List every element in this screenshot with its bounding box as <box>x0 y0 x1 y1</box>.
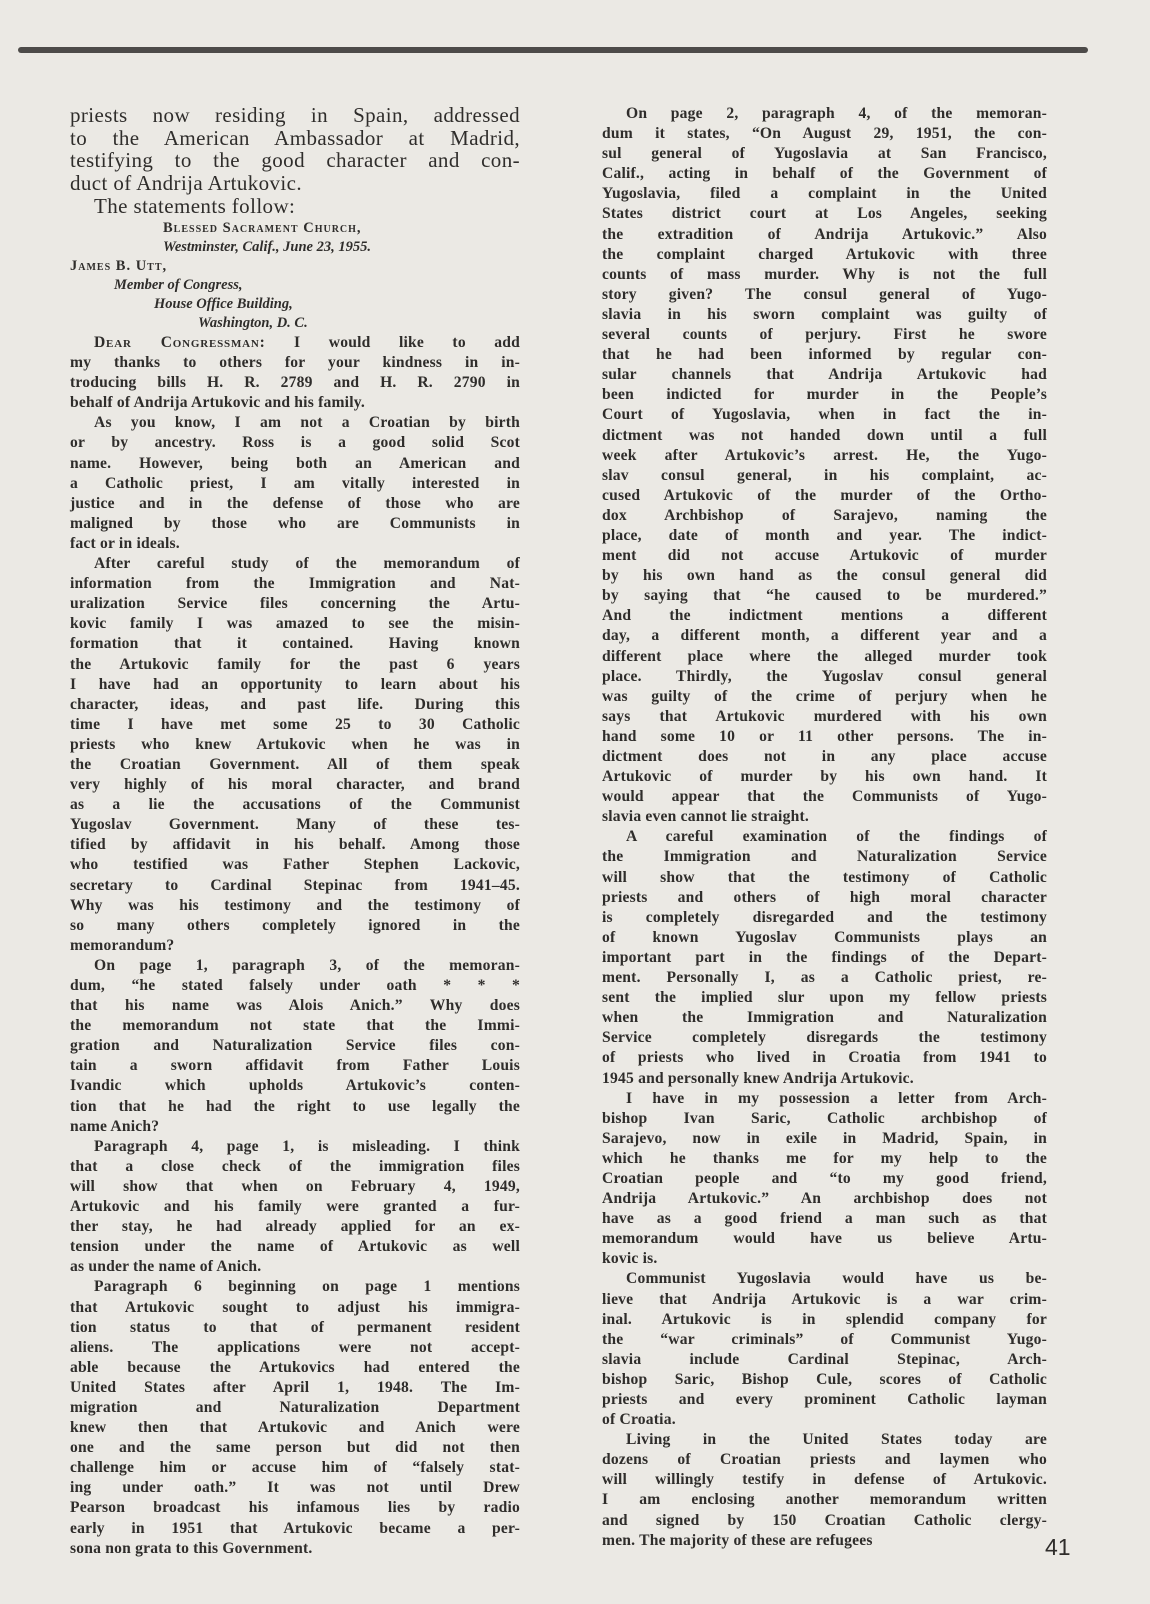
text-line: who testified was Father Stephen Lackovi… <box>70 855 520 875</box>
paragraph: Paragraph 6 beginning on page 1 mentions… <box>70 1277 520 1558</box>
text-line: 1945 and personally knew Andrija Artukov… <box>602 1069 1047 1089</box>
text-line: testifying to the good character and con… <box>70 149 520 172</box>
text-line: dictment was not handed down until a ful… <box>602 426 1047 446</box>
text-line: formation that it contained. Having know… <box>70 634 520 654</box>
text-line: dozens of Croatian priests and laymen wh… <box>602 1450 1047 1470</box>
text-line: of priests who lived in Croatia from 194… <box>602 1048 1047 1068</box>
text-line: aliens. The applications were not accept… <box>70 1338 520 1358</box>
text-line: uralization Service files concerning the… <box>70 594 520 614</box>
text-line: tain a sworn affidavit from Father Louis <box>70 1056 520 1076</box>
text-line: inal. Artukovic is in splendid company f… <box>602 1310 1047 1330</box>
text-line: time I have met some 25 to 30 Catholic <box>70 715 520 735</box>
text-line: counts of mass murder. Why is not the fu… <box>602 265 1047 285</box>
text-line: kovic family I was amazed to see the mis… <box>70 614 520 634</box>
letterhead-place-date: Westminster, Calif., June 23, 1955. <box>163 238 520 257</box>
text-line: troducing bills H. R. 2789 and H. R. 279… <box>70 373 520 393</box>
text-line: the complaint charged Artukovic with thr… <box>602 245 1047 265</box>
text-line: place. Thirdly, the Yugoslav consul gene… <box>602 667 1047 687</box>
text-line: sona non grata to this Government. <box>70 1539 520 1559</box>
right-body: On page 2, paragraph 4, of the memoran-d… <box>602 104 1047 1551</box>
text-line: Yugoslav Government. Many of these tes- <box>70 815 520 835</box>
text-line: secretary to Cardinal Stepinac from 1941… <box>70 876 520 896</box>
top-rule <box>18 47 1088 53</box>
paragraph: After careful study of the memorandum of… <box>70 554 520 956</box>
text-line: the Croatian Government. All of them spe… <box>70 755 520 775</box>
statements-intro: The statements follow: <box>70 194 520 218</box>
text-line: so many others completely ignored in the <box>70 916 520 936</box>
text-line: slavia even cannot lie straight. <box>602 807 1047 827</box>
text-line: dum it states, “On August 29, 1951, the … <box>602 124 1047 144</box>
text-line: memorandum? <box>70 936 520 956</box>
text-line: by his own hand as the consul general di… <box>602 566 1047 586</box>
text-line: Why was his testimony and the testimony … <box>70 896 520 916</box>
text-line: priests and every prominent Catholic lay… <box>602 1390 1047 1410</box>
left-column: priests now residing in Spain, addressed… <box>70 104 520 1559</box>
text-line: ment did not accuse Artukovic of murder <box>602 546 1047 566</box>
text-line: I am enclosing another memorandum writte… <box>602 1490 1047 1510</box>
page-number: 41 <box>1045 1534 1071 1561</box>
text-line: tified by affidavit in his behalf. Among… <box>70 835 520 855</box>
text-line: As you know, I am not a Croatian by birt… <box>70 413 520 433</box>
text-line: Andrija Artukovic.” An archbishop does n… <box>602 1189 1047 1209</box>
paragraph: Communist Yugoslavia would have us be-li… <box>602 1269 1047 1430</box>
text-line: will show that when on February 4, 1949, <box>70 1177 520 1197</box>
paragraph: Paragraph 4, page 1, is misleading. I th… <box>70 1137 520 1278</box>
text-line: bishop Ivan Saric, Catholic archbishop o… <box>602 1109 1047 1129</box>
text-line: that he had been informed by regular con… <box>602 345 1047 365</box>
text-line: ing under oath.” It was not until Drew <box>70 1478 520 1498</box>
text-line: when the Immigration and Naturalization <box>602 1008 1047 1028</box>
text-line: of Croatia. <box>602 1410 1047 1430</box>
paragraph: On page 2, paragraph 4, of the memoran-d… <box>602 104 1047 827</box>
text-line: very highly of his moral character, and … <box>70 775 520 795</box>
text-line: week after Artukovic’s arrest. He, the Y… <box>602 446 1047 466</box>
text-line: will willingly testify in defense of Art… <box>602 1470 1047 1490</box>
text-line: Service completely disregards the testim… <box>602 1028 1047 1048</box>
text-line: Croatian people and “to my good friend, <box>602 1169 1047 1189</box>
text-line: ment. Personally I, as a Catholic priest… <box>602 968 1047 988</box>
text-line: by saying that “he caused to be murdered… <box>602 586 1047 606</box>
text-line: is completely disregarded and the testim… <box>602 908 1047 928</box>
text-line: character, ideas, and past life. During … <box>70 695 520 715</box>
text-line: cused Artukovic of the murder of the Ort… <box>602 486 1047 506</box>
text-line: On page 1, paragraph 3, of the memoran- <box>70 956 520 976</box>
text-line: tion that he had the right to use legall… <box>70 1097 520 1117</box>
text-line: dictment does not in any place accuse <box>602 747 1047 767</box>
salutation: Dear Congressman: <box>94 334 266 351</box>
text-line: story given? The consul general of Yugo- <box>602 285 1047 305</box>
right-column: On page 2, paragraph 4, of the memoran-d… <box>602 104 1047 1551</box>
text-line: Pearson broadcast his infamous lies by r… <box>70 1498 520 1518</box>
text-line: dox Archbishop of Sarajevo, naming the <box>602 506 1047 526</box>
text-line: and signed by 150 Croatian Catholic cler… <box>602 1511 1047 1531</box>
paragraph: Dear Congressman: I would like to addmy … <box>70 333 520 413</box>
text-line: the Immigration and Naturalization Servi… <box>602 847 1047 867</box>
text-line: Dear Congressman: I would like to add <box>70 333 520 353</box>
text-line: or by ancestry. Ross is a good solid Sco… <box>70 433 520 453</box>
text-line: priests who knew Artukovic when he was i… <box>70 735 520 755</box>
text-line: dum, “he stated falsely under oath * * * <box>70 976 520 996</box>
text-line: slav consul general, in his complaint, a… <box>602 466 1047 486</box>
text-line: maligned by those who are Communists in <box>70 514 520 534</box>
text-line: And the indictment mentions a different <box>602 606 1047 626</box>
text-line: name Anich? <box>70 1117 520 1137</box>
lead-paragraph: priests now residing in Spain, addressed… <box>70 104 520 194</box>
text-line: Yugoslavia, filed a complaint in the Uni… <box>602 184 1047 204</box>
text-line: been indicted for murder in the People’s <box>602 385 1047 405</box>
text-line: tension under the name of Artukovic as w… <box>70 1237 520 1257</box>
text-line: After careful study of the memorandum of <box>70 554 520 574</box>
addressee-block: James B. Utt, Member of Congress, House … <box>70 257 520 333</box>
text-line: name. However, being both an American an… <box>70 454 520 474</box>
text-line: Calif., acting in behalf of the Governme… <box>602 164 1047 184</box>
paragraph: On page 1, paragraph 3, of the memoran-d… <box>70 956 520 1137</box>
text-line: would appear that the Communists of Yugo… <box>602 787 1047 807</box>
text-line: says that Artukovic murdered with his ow… <box>602 707 1047 727</box>
text-line: as under the name of Anich. <box>70 1257 520 1277</box>
text-line: hand some 10 or 11 other persons. The in… <box>602 727 1047 747</box>
addressee-city: Washington, D. C. <box>70 314 520 333</box>
text-line: information from the Immigration and Nat… <box>70 574 520 594</box>
letterhead: Blessed Sacrament Church, Westminster, C… <box>70 219 520 257</box>
text-line: kovic is. <box>602 1249 1047 1269</box>
text-line: knew then that Artukovic and Anich were <box>70 1418 520 1438</box>
text-line: migration and Naturalization Department <box>70 1398 520 1418</box>
text-line: to the American Ambassador at Madrid, <box>70 127 520 150</box>
text-line: Ivandic which upholds Artukovic’s conten… <box>70 1076 520 1096</box>
text-line: Paragraph 4, page 1, is misleading. I th… <box>70 1137 520 1157</box>
paragraph: I have in my possession a letter from Ar… <box>602 1089 1047 1270</box>
text-line: Artukovic of murder by his own hand. It <box>602 767 1047 787</box>
text-line: challenge him or accuse him of “falsely … <box>70 1458 520 1478</box>
text-line: several counts of perjury. First he swor… <box>602 325 1047 345</box>
text-line: that a close check of the immigration fi… <box>70 1157 520 1177</box>
text-line: slavia in his sworn complaint was guilty… <box>602 305 1047 325</box>
text-line: priests and others of high moral charact… <box>602 888 1047 908</box>
text-line: have as a good friend a man such as that <box>602 1209 1047 1229</box>
text-line: was guilty of the crime of perjury when … <box>602 687 1047 707</box>
text-line: will show that the testimony of Catholic <box>602 868 1047 888</box>
left-body: Dear Congressman: I would like to addmy … <box>70 333 520 1559</box>
addressee-title: Member of Congress, <box>70 276 520 295</box>
text-line: memorandum would have us believe Artu- <box>602 1229 1047 1249</box>
text-line: Living in the United States today are <box>602 1430 1047 1450</box>
letterhead-sender: Blessed Sacrament Church, <box>163 219 520 238</box>
text-line: which he thanks me for my help to the <box>602 1149 1047 1169</box>
text-line: Paragraph 6 beginning on page 1 mentions <box>70 1277 520 1297</box>
text-line: different place where the alleged murder… <box>602 647 1047 667</box>
text-line: bishop Saric, Bishop Cule, scores of Cat… <box>602 1370 1047 1390</box>
text-line: sul general of Yugoslavia at San Francis… <box>602 144 1047 164</box>
text-line: able because the Artukovics had entered … <box>70 1358 520 1378</box>
text-line: slavia include Cardinal Stepinac, Arch- <box>602 1350 1047 1370</box>
text-line: men. The majority of these are refugees <box>602 1531 1047 1551</box>
text-line: behalf of Andrija Artukovic and his fami… <box>70 393 520 413</box>
text-line: Artukovic and his family were granted a … <box>70 1197 520 1217</box>
text-line: On page 2, paragraph 4, of the memoran- <box>602 104 1047 124</box>
paragraph: Living in the United States today aredoz… <box>602 1430 1047 1551</box>
text-line: Communist Yugoslavia would have us be- <box>602 1269 1047 1289</box>
text-line: as a lie the accusations of the Communis… <box>70 795 520 815</box>
paragraph: A careful examination of the findings of… <box>602 827 1047 1088</box>
text-line: fact or in ideals. <box>70 534 520 554</box>
text-line: I have had an opportunity to learn about… <box>70 675 520 695</box>
text-line: Court of Yugoslavia, when in fact the in… <box>602 405 1047 425</box>
text-line: that his name was Alois Anich.” Why does <box>70 996 520 1016</box>
text-line: my thanks to others for your kindness in… <box>70 353 520 373</box>
text-line: justice and in the defense of those who … <box>70 494 520 514</box>
text-line: States district court at Los Angeles, se… <box>602 204 1047 224</box>
paragraph: As you know, I am not a Croatian by birt… <box>70 413 520 554</box>
text-line: sular channels that Andrija Artukovic ha… <box>602 365 1047 385</box>
addressee-name: James B. Utt, <box>70 257 520 276</box>
text-line: place, date of month and year. The indic… <box>602 526 1047 546</box>
text-line: duct of Andrija Artukovic. <box>70 172 520 195</box>
text-line: gration and Naturalization Service files… <box>70 1036 520 1056</box>
text-line: ther stay, he had already applied for an… <box>70 1217 520 1237</box>
text-line: priests now residing in Spain, addressed <box>70 104 520 127</box>
text-line: the extradition of Andrija Artukovic.” A… <box>602 225 1047 245</box>
text-line: Sarajevo, now in exile in Madrid, Spain,… <box>602 1129 1047 1149</box>
text-line: a Catholic priest, I am vitally interest… <box>70 474 520 494</box>
text-line: the “war criminals” of Communist Yugo- <box>602 1330 1047 1350</box>
text-line: A careful examination of the findings of <box>602 827 1047 847</box>
addressee-office: House Office Building, <box>70 295 520 314</box>
text-line: the memorandum not state that the Immi- <box>70 1016 520 1036</box>
text-line: one and the same person but did not then <box>70 1438 520 1458</box>
text-line: important part in the findings of the De… <box>602 948 1047 968</box>
text-line: of known Yugoslav Communists plays an <box>602 928 1047 948</box>
text-line: early in 1951 that Artukovic became a pe… <box>70 1519 520 1539</box>
text-line: tion status to that of permanent residen… <box>70 1318 520 1338</box>
text-line: the Artukovic family for the past 6 year… <box>70 655 520 675</box>
text-line: that Artukovic sought to adjust his immi… <box>70 1298 520 1318</box>
text-line: I have in my possession a letter from Ar… <box>602 1089 1047 1109</box>
text-line: lieve that Andrija Artukovic is a war cr… <box>602 1290 1047 1310</box>
text-line: United States after April 1, 1948. The I… <box>70 1378 520 1398</box>
text-line: day, a different month, a different year… <box>602 626 1047 646</box>
text-line: sent the implied slur upon my fellow pri… <box>602 988 1047 1008</box>
